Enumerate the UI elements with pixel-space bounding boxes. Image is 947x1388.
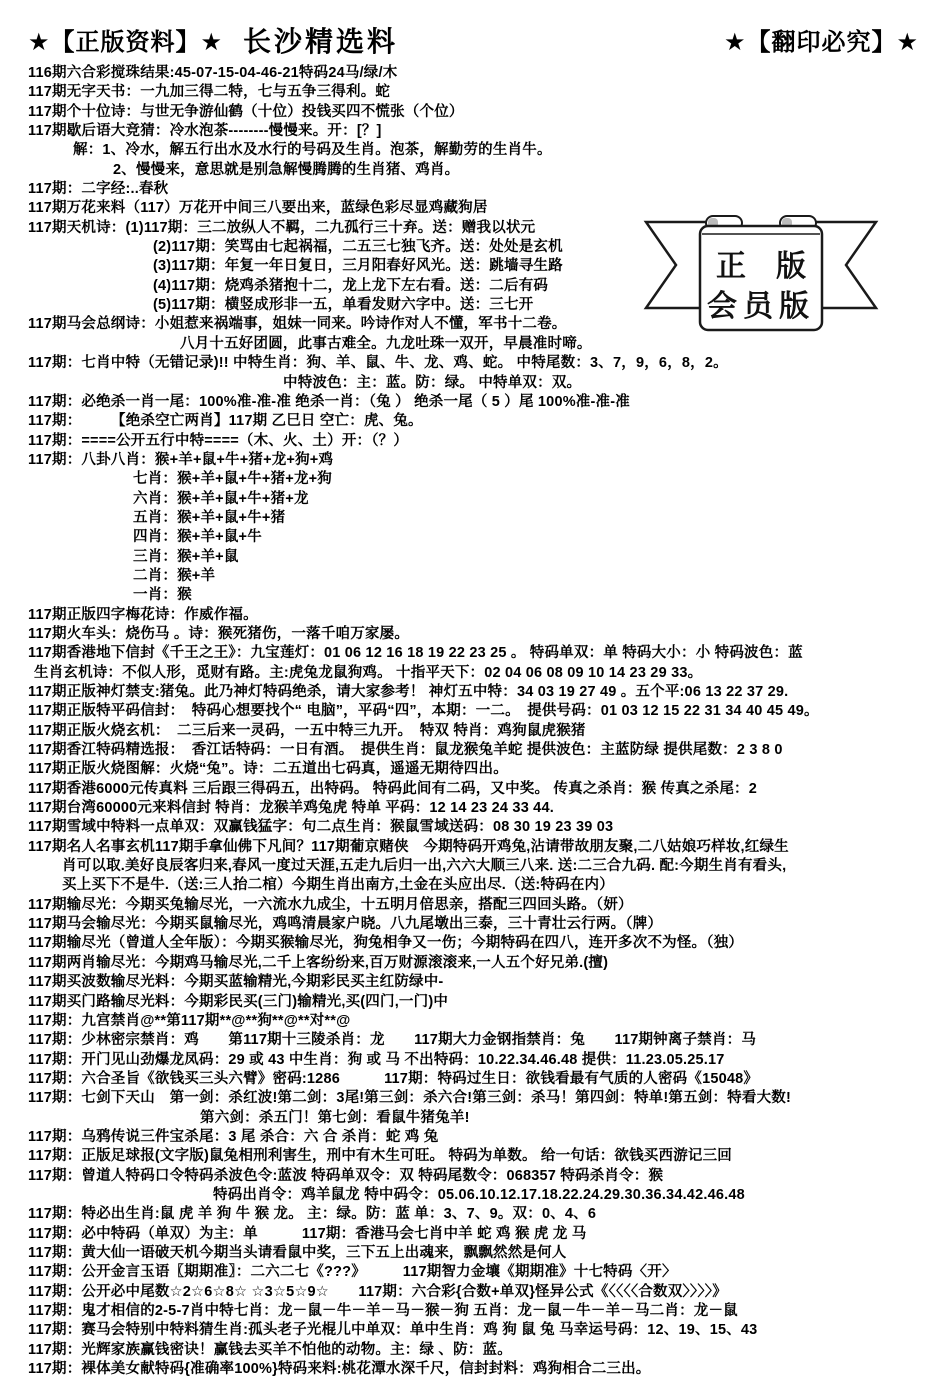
text-line: 117期：九宫禁肖@**第117期**@**狗**@**对**@ [0, 1012, 947, 1031]
text-line: 117期买波数输尽光料：今期买蓝输精光,今期彩民买主红防绿中- [0, 973, 947, 992]
text-line: 117期正版火烧图解：火烧“兔”。诗：二五道出七码真，遥遥无期待四出。 [0, 760, 947, 779]
text-line: 117期雪域中特料一点单双：双赢钱猛字：句二点生肖：猴鼠雪域送码：08 30 1… [0, 818, 947, 837]
text-line: 117期：鬼才相信的2-5-7肖中特七肖：龙－鼠－牛－羊－马－猴－狗 五肖：龙－… [0, 1302, 947, 1321]
text-line: 八月十五好团圆，此事古难全。九龙吐珠一双开，早晨准时啼。 [0, 335, 947, 354]
text-line: 117期火车头：烧伤马 。诗：猴死猪伤，一落千咱万家屡。 [0, 625, 947, 644]
text-line: 117期马会输尽光：今期买鼠输尽光，鸡鸣清晨家户晓。八九尾墩出三泰，三十青壮云行… [0, 915, 947, 934]
text-line: 116期六合彩搅珠结果:45-07-15-04-46-21特码24马/绿/木 [0, 64, 947, 83]
text-line: 117期：少林密宗禁肖：鸡 第117期十三陵杀肖：龙 117期大力金钢指禁肖：兔… [0, 1031, 947, 1050]
left-stamp: ★【正版资料】★ [28, 22, 223, 57]
text-line: 117期：公开金言玉语〖期期准〗：二六二七《???》 117期智力金壤《期期准》… [0, 1263, 947, 1282]
text-line: 肖可以取.美好良辰客归来,春风一度过天涯,五走九后归一出,六六大顺三八来. 送:… [0, 857, 947, 876]
text-line: 117期香港6000元传真料 三后跟三得码五，出特码。 特码此间有二码，又中奖。… [0, 780, 947, 799]
text-line: 六肖：猴+羊+鼠+牛+猪+龙 [0, 490, 947, 509]
text-line: 117期台湾60000元来料信封 特肖：龙猴羊鸡兔虎 特单 平码：12 14 2… [0, 799, 947, 818]
text-line: 117期：必中特码（单双）为主：单 117期：香港马会七肖中羊 蛇 鸡 猴 虎 … [0, 1225, 947, 1244]
text-line: 117期：====公开五行中特====（木、火、土）开：（？） [0, 432, 947, 451]
text-line: 117期：六合圣旨《欲钱买三头六臂》密码:1286 117期：特码过生日：欲钱看… [0, 1070, 947, 1089]
text-line: 117期：裸体美女献特码{准确率100%}特码来料:桃花潭水深千尺，信封封料：鸡… [0, 1360, 947, 1379]
text-line: 117期名人名事玄机117期手拿仙佛下凡间？117期葡京赌侠 今期特码开鸡兔,沾… [0, 838, 947, 857]
right-stamp: ★【翻印必究】★ [724, 22, 919, 57]
text-line: 117期歇后语大竞猜：冷水泡茶--------慢慢来。开：[？] [0, 122, 947, 141]
text-line: 117期：开门见山劲爆龙凤码：29 或 43 中生肖：狗 或 马 不出特码：10… [0, 1051, 947, 1070]
text-line: 117期买门路输尽光料：今期彩民买(三门)输精光,买(四门,一门)中 [0, 993, 947, 1012]
text-line: 117期：曾道人特码口令特码杀波色令:蓝波 特码单双令：双 特码尾数令：0683… [0, 1167, 947, 1186]
text-line: 买上买下不是牛.（送:三人抬二棺）今期生肖出南方,土金在头应出尽.（送:特码在内… [0, 876, 947, 895]
text-line: 117期：特必出生肖:鼠 虎 羊 狗 牛 猴 龙。 主：绿。防：蓝 单：3、7、… [0, 1205, 947, 1224]
text-line: 117期两肖输尽光：今期鸡马输尽光,二千上客纷纷来,百万财源滚滚来,一人五个好兄… [0, 954, 947, 973]
text-line: 117期：赛马会特别中特料猜生肖:孤头老子光棍儿中单双：单中生肖：鸡 狗 鼠 兔… [0, 1321, 947, 1340]
text-line: 117期：八卦八肖：猴+羊+鼠+牛+猪+龙+狗+鸡 [0, 451, 947, 470]
text-line: 117期个十位诗：与世无争游仙鹤（十位）投钱买四不慌张（个位） [0, 103, 947, 122]
text-line: 117期：二字经:..春秋 [0, 180, 947, 199]
document-page: ★【正版资料】★ 长沙精选料 ★【翻印必究】★ 116期六合彩搅珠结果:45-0… [0, 0, 947, 1388]
text-line: 117期：公开必中尾数☆2☆6☆8☆ ☆3☆5☆9☆ 117期：六合彩{合数+单… [0, 1283, 947, 1302]
text-line: 117期香江特码精选报： 香江话特码：一日有酒。 提供生肖：鼠龙猴兔羊蛇 提供波… [0, 741, 947, 760]
text-line: 117期：乌鸦传说三件宝杀尾：3 尾 杀合：六 合 杀肖：蛇 鸡 兔 [0, 1128, 947, 1147]
text-line: 一肖：猴 [0, 586, 947, 605]
banner-text-line2: 会员版 [707, 289, 815, 324]
text-line: 117期输尽光（曾道人全年版）：今期买猴输尽光，狗兔相争又一伤；今期特码在四八，… [0, 934, 947, 953]
text-line: 生肖玄机诗：不似人形，觅财有路。主:虎兔龙鼠狗鸡。 十指平天下：02 04 06… [0, 664, 947, 683]
document-header: ★【正版资料】★ 长沙精选料 ★【翻印必究】★ [0, 22, 947, 58]
text-line: 第六剑：杀五门！第七剑：看鼠牛猪兔羊! [0, 1109, 947, 1128]
text-line: 117期：黄大仙一语破天机今期当头请看鼠中奖，三下五上出魂来，飘飘然然是何人 [0, 1244, 947, 1263]
text-line: 117期：七肖中特（无错记录)!! 中特生肖：狗、羊、鼠、牛、龙、鸡、蛇。 中特… [0, 354, 947, 373]
text-line: 特码出肖令：鸡羊鼠龙 特中码令：05.06.10.12.17.18.22.24.… [0, 1186, 947, 1205]
text-line: 117期无字天书：一九加三得二特，七与五争三得利。蛇 [0, 83, 947, 102]
text-line: 四肖：猴+羊+鼠+牛 [0, 528, 947, 547]
text-line: 2、慢慢来，意思就是别急解慢腾腾的生肖猪、鸡肖。 [0, 161, 947, 180]
text-line: 二肖：猴+羊 [0, 567, 947, 586]
text-line: 三肖：猴+羊+鼠 [0, 548, 947, 567]
text-line: 117期：正版足球报(文字版)鼠兔相刑利害生，刑中有木生可旺。 特码为单数。 给… [0, 1147, 947, 1166]
text-line: 五肖：猴+羊+鼠+牛+猪 [0, 509, 947, 528]
banner-text-line1: 正 版 [716, 249, 806, 284]
text-line: 117期：光辉家族赢钱密诀！赢钱去买羊不怕他的动物。主：绿 、防：蓝。 [0, 1341, 947, 1360]
text-line: 中特波色：主：蓝。防：绿。 中特单双：双。 [0, 374, 947, 393]
text-line: 117期正版特平码信封： 特码心想要找个“ 电脑”，平码“四”，本期：一二。 提… [0, 702, 947, 721]
text-line: 117期：七剑下天山 第一剑：杀红波!第二剑：3尾!第三剑：杀六合!第三剑：杀马… [0, 1089, 947, 1108]
text-line: 解：1、冷水，解五行出水及水行的号码及生肖。泡茶，解勤劳的生肖牛。 [0, 141, 947, 160]
text-line: 117期输尽光：今期买兔输尽光，一六流水九成尘，十五明月倍思亲，搭配三四回头路。… [0, 896, 947, 915]
text-line: 七肖：猴+羊+鼠+牛+猪+龙+狗 [0, 470, 947, 489]
genuine-member-ribbon: 正 版 会员版 [636, 210, 886, 335]
text-line: 117期：必绝杀一肖一尾：100%准-准-准 绝杀一肖：（兔 ） 绝杀一尾（ 5… [0, 393, 947, 412]
page-title: 长沙精选料 [243, 20, 398, 60]
text-line: 117期正版四字梅花诗：作威作福。 [0, 606, 947, 625]
text-line: 117期香港地下信封《千王之王》：九宝莲灯：01 06 12 16 18 19 … [0, 644, 947, 663]
text-line: 117期正版神灯禁支:猪兔。此乃神灯特码绝杀，请大家参考！ 神灯五中特：34 0… [0, 683, 947, 702]
text-line: 117期正版火烧玄机： 二三后来一灵码，一五中特三九开。 特双 特肖：鸡狗鼠虎猴… [0, 722, 947, 741]
text-line: 117期： 【绝杀空亡两肖】117期 乙巳日 空亡：虎、兔。 [0, 412, 947, 431]
